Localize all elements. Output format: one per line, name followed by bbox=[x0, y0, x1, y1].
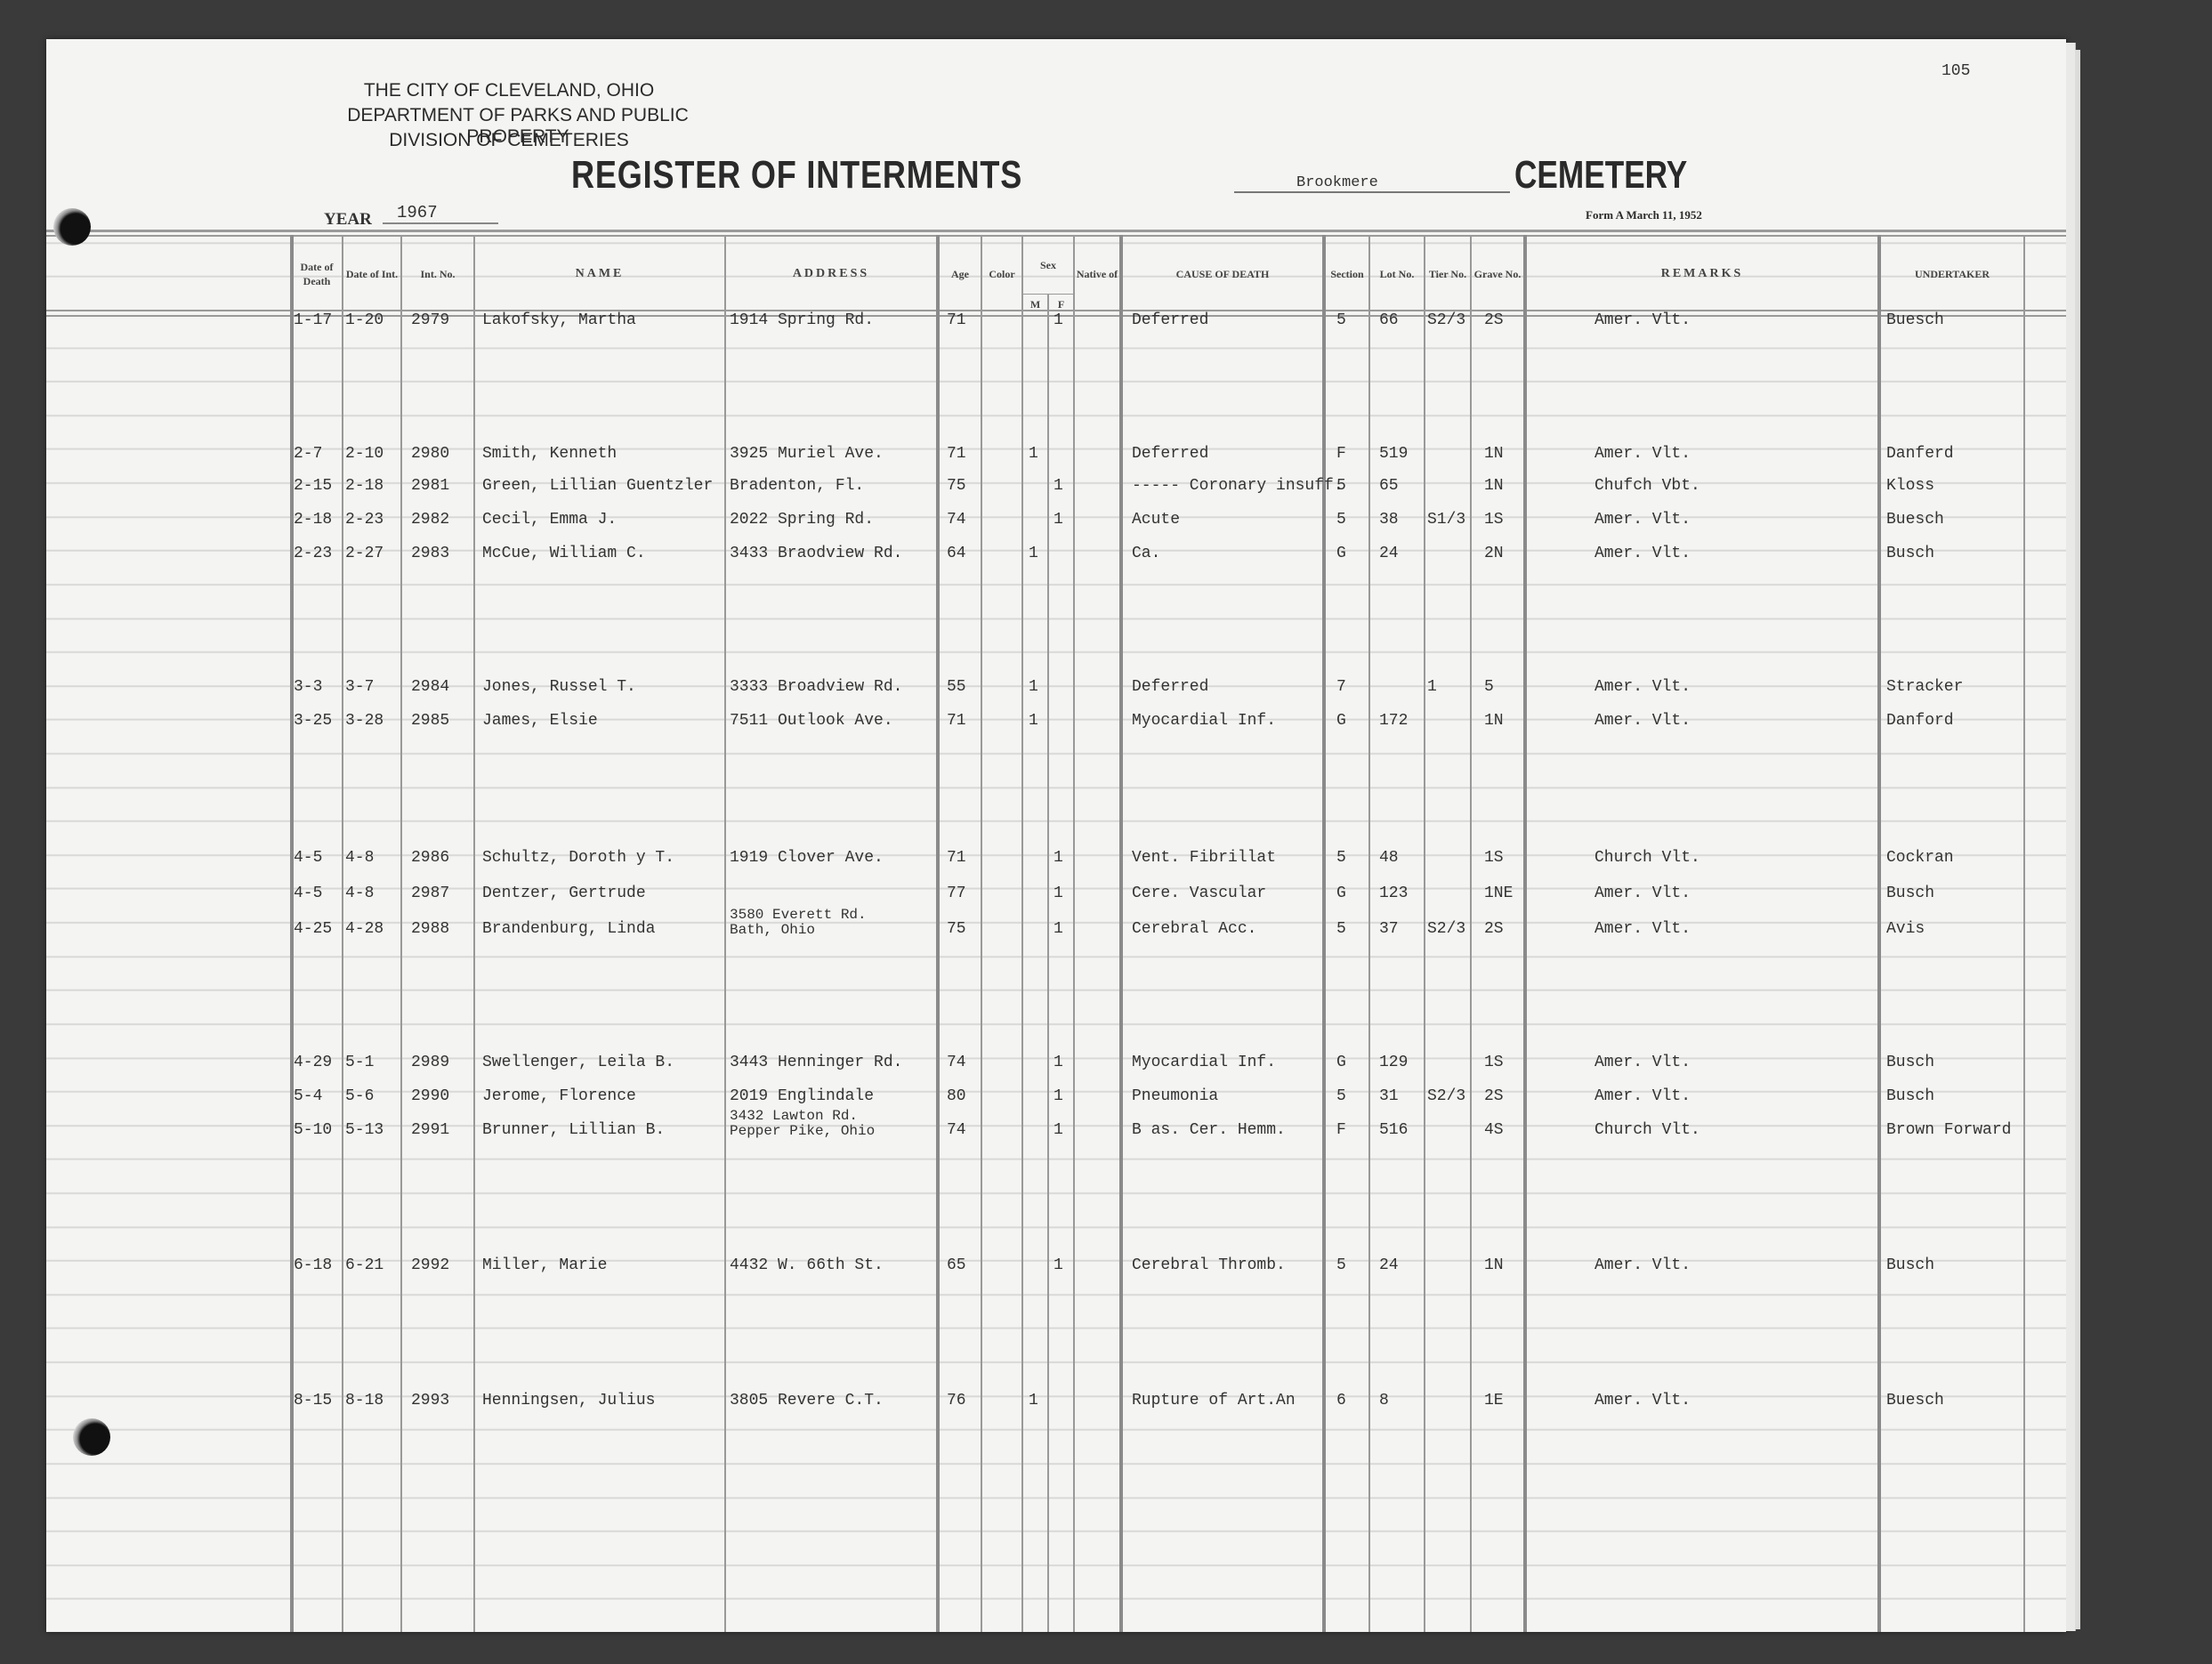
cell-cause-of-death: Deferred bbox=[1132, 678, 1208, 696]
cell-date-of-death: 5-4 bbox=[294, 1087, 322, 1105]
cell-section: 5 bbox=[1336, 311, 1346, 329]
cell-date-of-int: 2-18 bbox=[345, 477, 383, 495]
cell-grave-no: 1N bbox=[1484, 445, 1504, 463]
cell-section: 5 bbox=[1336, 1087, 1346, 1105]
cell-age: 65 bbox=[947, 1256, 966, 1274]
cell-date-of-death: 2-15 bbox=[294, 477, 332, 495]
cell-sex-f: 1 bbox=[1054, 477, 1063, 495]
cell-tier-no: S2/3 bbox=[1427, 920, 1465, 938]
cell-grave-no: 2N bbox=[1484, 545, 1504, 562]
cell-age: 74 bbox=[947, 1121, 966, 1139]
cell-age: 71 bbox=[947, 849, 966, 867]
cell-section: G bbox=[1336, 545, 1346, 562]
cell-age: 75 bbox=[947, 920, 966, 938]
cell-address: 3443 Henninger Rd. bbox=[730, 1054, 902, 1071]
cell-section: F bbox=[1336, 445, 1346, 463]
cell-lot-no: 8 bbox=[1379, 1392, 1389, 1410]
col-header-remarks: REMARKS bbox=[1527, 240, 1877, 308]
cell-remarks: Amer. Vlt. bbox=[1594, 678, 1691, 696]
cell-sex-f: 1 bbox=[1054, 849, 1063, 867]
cell-date-of-death: 2-23 bbox=[294, 545, 332, 562]
cell-section: 5 bbox=[1336, 511, 1346, 529]
cell-tier-no: 1 bbox=[1427, 678, 1437, 696]
cell-address: 2022 Spring Rd. bbox=[730, 511, 874, 529]
cell-int-no: 2993 bbox=[411, 1392, 449, 1410]
binder-ring-icon bbox=[53, 208, 91, 246]
col-header-tier-no: Tier No. bbox=[1425, 240, 1470, 308]
cell-remarks: Chufch Vbt. bbox=[1594, 477, 1700, 495]
cell-date-of-int: 8-18 bbox=[345, 1392, 383, 1410]
cell-cause-of-death: ----- Coronary insuff. bbox=[1132, 477, 1344, 495]
cell-sex-m: 1 bbox=[1029, 678, 1038, 696]
cell-grave-no: 5 bbox=[1484, 678, 1494, 696]
page-stack-edge bbox=[2075, 50, 2080, 1629]
col-divider bbox=[1073, 235, 1075, 1632]
cell-int-no: 2982 bbox=[411, 511, 449, 529]
cell-remarks: Amer. Vlt. bbox=[1594, 712, 1691, 730]
cell-sex-m: 1 bbox=[1029, 1392, 1038, 1410]
cell-tier-no: S2/3 bbox=[1427, 1087, 1465, 1105]
cell-cause-of-death: B as. Cer. Hemm. bbox=[1132, 1121, 1286, 1139]
cell-date-of-int: 5-6 bbox=[345, 1087, 374, 1105]
cell-name: Smith, Kenneth bbox=[482, 445, 617, 463]
cell-sex-f: 1 bbox=[1054, 885, 1063, 902]
cell-name: Schultz, Doroth y T. bbox=[482, 849, 674, 867]
col-divider bbox=[1047, 294, 1049, 1632]
cell-address: 1914 Spring Rd. bbox=[730, 311, 874, 329]
cell-cause-of-death: Deferred bbox=[1132, 445, 1208, 463]
cell-cause-of-death: Myocardial Inf. bbox=[1132, 1054, 1276, 1071]
cell-undertaker: Cockran bbox=[1886, 849, 1954, 867]
cell-date-of-int: 3-7 bbox=[345, 678, 374, 696]
form-note: Form A March 11, 1952 bbox=[1586, 208, 1702, 222]
cell-age: 71 bbox=[947, 445, 966, 463]
cell-remarks: Amer. Vlt. bbox=[1594, 920, 1691, 938]
document-title: REGISTER OF INTERMENTS bbox=[571, 153, 1022, 198]
cell-name: Brandenburg, Linda bbox=[482, 920, 655, 938]
cell-undertaker: Buesch bbox=[1886, 1392, 1944, 1410]
col-header-date-of-death: Date of Death bbox=[292, 240, 342, 308]
cell-undertaker: Danferd bbox=[1886, 445, 1954, 463]
cell-name: Cecil, Emma J. bbox=[482, 511, 617, 529]
col-divider bbox=[1322, 235, 1326, 1632]
cell-lot-no: 172 bbox=[1379, 712, 1408, 730]
cell-section: 5 bbox=[1336, 920, 1346, 938]
cell-date-of-int: 4-8 bbox=[345, 849, 374, 867]
col-divider bbox=[400, 235, 402, 1632]
cell-int-no: 2984 bbox=[411, 678, 449, 696]
cell-date-of-death: 8-15 bbox=[294, 1392, 332, 1410]
cell-date-of-int: 2-10 bbox=[345, 445, 383, 463]
cell-cause-of-death: Myocardial Inf. bbox=[1132, 712, 1276, 730]
col-header-address: ADDRESS bbox=[726, 240, 936, 308]
cell-lot-no: 129 bbox=[1379, 1054, 1408, 1071]
cell-date-of-death: 2-18 bbox=[294, 511, 332, 529]
cell-int-no: 2979 bbox=[411, 311, 449, 329]
cell-undertaker: Buesch bbox=[1886, 511, 1944, 529]
col-header-name: NAME bbox=[475, 240, 724, 308]
cell-int-no: 2991 bbox=[411, 1121, 449, 1139]
cell-name: Brunner, Lillian B. bbox=[482, 1121, 665, 1139]
cell-date-of-int: 2-27 bbox=[345, 545, 383, 562]
cell-sex-f: 1 bbox=[1054, 920, 1063, 938]
cell-cause-of-death: Deferred bbox=[1132, 311, 1208, 329]
cell-date-of-int: 1-20 bbox=[345, 311, 383, 329]
cell-date-of-death: 3-3 bbox=[294, 678, 322, 696]
cell-address: 3925 Muriel Ave. bbox=[730, 445, 884, 463]
cell-date-of-int: 5-13 bbox=[345, 1121, 383, 1139]
col-divider bbox=[2023, 235, 2025, 1632]
cell-undertaker: Avis bbox=[1886, 920, 1925, 938]
page-number: 105 bbox=[1942, 62, 1970, 80]
cell-undertaker: Danford bbox=[1886, 712, 1954, 730]
cell-name: McCue, William C. bbox=[482, 545, 646, 562]
cell-address: 4432 W. 66th St. bbox=[730, 1256, 884, 1274]
cell-int-no: 2989 bbox=[411, 1054, 449, 1071]
cell-address: 3333 Broadview Rd. bbox=[730, 678, 902, 696]
cell-undertaker: Busch bbox=[1886, 1256, 1934, 1274]
cell-section: F bbox=[1336, 1121, 1346, 1139]
table-top-rule-inner bbox=[46, 235, 2066, 237]
cell-age: 64 bbox=[947, 545, 966, 562]
cell-name: Dentzer, Gertrude bbox=[482, 885, 646, 902]
col-divider bbox=[1877, 235, 1881, 1632]
cell-lot-no: 123 bbox=[1379, 885, 1408, 902]
cell-cause-of-death: Rupture of Art.An bbox=[1132, 1392, 1296, 1410]
cell-section: 6 bbox=[1336, 1392, 1346, 1410]
cell-int-no: 2988 bbox=[411, 920, 449, 938]
col-header-cause-of-death: CAUSE OF DEATH bbox=[1123, 240, 1322, 308]
cell-date-of-int: 3-28 bbox=[345, 712, 383, 730]
cell-cause-of-death: Ca. bbox=[1132, 545, 1160, 562]
cell-remarks: Church Vlt. bbox=[1594, 849, 1700, 867]
cell-cause-of-death: Acute bbox=[1132, 511, 1180, 529]
col-divider bbox=[1119, 235, 1123, 1632]
cell-age: 74 bbox=[947, 1054, 966, 1071]
cell-age: 55 bbox=[947, 678, 966, 696]
cemetery-label: CEMETERY bbox=[1514, 153, 1687, 198]
cell-cause-of-death: Vent. Fibrillat bbox=[1132, 849, 1276, 867]
cell-sex-m: 1 bbox=[1029, 545, 1038, 562]
cell-name: James, Elsie bbox=[482, 712, 598, 730]
cell-lot-no: 38 bbox=[1379, 511, 1399, 529]
col-header-sex: Sex bbox=[1023, 240, 1073, 290]
col-header-age: Age bbox=[940, 240, 981, 308]
cell-date-of-death: 6-18 bbox=[294, 1256, 332, 1274]
cell-grave-no: 1N bbox=[1484, 1256, 1504, 1274]
cell-lot-no: 516 bbox=[1379, 1121, 1408, 1139]
cell-remarks: Church Vlt. bbox=[1594, 1121, 1700, 1139]
cell-lot-no: 37 bbox=[1379, 920, 1399, 938]
cell-lot-no: 65 bbox=[1379, 477, 1399, 495]
cell-age: 74 bbox=[947, 511, 966, 529]
cell-remarks: Amer. Vlt. bbox=[1594, 445, 1691, 463]
year-value: 1967 bbox=[383, 203, 498, 224]
col-header-section: Section bbox=[1326, 240, 1368, 308]
col-divider bbox=[1523, 235, 1527, 1632]
cell-date-of-int: 2-23 bbox=[345, 511, 383, 529]
cell-section: G bbox=[1336, 712, 1346, 730]
cell-grave-no: 1S bbox=[1484, 1054, 1504, 1071]
cell-date-of-int: 4-8 bbox=[345, 885, 374, 902]
col-header-int-no: Int. No. bbox=[402, 240, 473, 308]
cell-date-of-death: 1-17 bbox=[294, 311, 332, 329]
col-divider bbox=[473, 235, 475, 1632]
col-divider bbox=[1021, 235, 1023, 1632]
col-divider bbox=[1368, 235, 1370, 1632]
cell-lot-no: 519 bbox=[1379, 445, 1408, 463]
col-header-date-of-int: Date of Int. bbox=[343, 240, 400, 308]
cemetery-name-field: Brookmere bbox=[1234, 174, 1510, 193]
col-header-undertaker: UNDERTAKER bbox=[1881, 240, 2023, 308]
cell-address: 3432 Lawton Rd.Pepper Pike, Ohio bbox=[730, 1109, 875, 1139]
cell-date-of-int: 5-1 bbox=[345, 1054, 374, 1071]
cell-int-no: 2987 bbox=[411, 885, 449, 902]
cell-tier-no: S2/3 bbox=[1427, 311, 1465, 329]
cell-undertaker: Kloss bbox=[1886, 477, 1934, 495]
cell-date-of-death: 5-10 bbox=[294, 1121, 332, 1139]
cell-lot-no: 31 bbox=[1379, 1087, 1399, 1105]
cell-sex-f: 1 bbox=[1054, 511, 1063, 529]
cell-age: 71 bbox=[947, 311, 966, 329]
cell-cause-of-death: Cerebral Thromb. bbox=[1132, 1256, 1286, 1274]
cell-sex-f: 1 bbox=[1054, 1054, 1063, 1071]
cell-undertaker: Busch bbox=[1886, 1054, 1934, 1071]
cell-section: 5 bbox=[1336, 1256, 1346, 1274]
col-header-lot-no: Lot No. bbox=[1370, 240, 1424, 308]
cell-undertaker: Stracker bbox=[1886, 678, 1963, 696]
cell-address: 3433 Braodview Rd. bbox=[730, 545, 902, 562]
cell-date-of-death: 4-29 bbox=[294, 1054, 332, 1071]
cell-int-no: 2992 bbox=[411, 1256, 449, 1274]
cell-grave-no: 2S bbox=[1484, 920, 1504, 938]
cell-undertaker: Busch bbox=[1886, 1087, 1934, 1105]
col-divider bbox=[936, 235, 940, 1632]
cell-age: 71 bbox=[947, 712, 966, 730]
cell-address: 2019 Englindale bbox=[730, 1087, 874, 1105]
cell-sex-f: 1 bbox=[1054, 1256, 1063, 1274]
year-label: YEAR bbox=[324, 210, 372, 230]
cell-age: 75 bbox=[947, 477, 966, 495]
cell-date-of-int: 4-28 bbox=[345, 920, 383, 938]
cell-section: 5 bbox=[1336, 477, 1346, 495]
cell-name: Swellenger, Leila B. bbox=[482, 1054, 674, 1071]
cell-sex-f: 1 bbox=[1054, 1121, 1063, 1139]
cell-name: Miller, Marie bbox=[482, 1256, 607, 1274]
col-header-native-of: Native of bbox=[1075, 240, 1119, 308]
cell-address: 3580 Everett Rd.Bath, Ohio bbox=[730, 908, 867, 938]
col-header-color: Color bbox=[982, 240, 1021, 308]
binder-ring-icon bbox=[73, 1418, 110, 1456]
header-city: THE CITY OF CLEVELAND, OHIO bbox=[304, 80, 714, 101]
cell-date-of-death: 4-25 bbox=[294, 920, 332, 938]
register-page: 105 THE CITY OF CLEVELAND, OHIO DEPARTME… bbox=[46, 39, 2066, 1632]
cell-section: G bbox=[1336, 885, 1346, 902]
cell-age: 76 bbox=[947, 1392, 966, 1410]
cell-name: Henningsen, Julius bbox=[482, 1392, 655, 1410]
cell-remarks: Amer. Vlt. bbox=[1594, 1054, 1691, 1071]
cell-int-no: 2981 bbox=[411, 477, 449, 495]
col-divider bbox=[1424, 235, 1425, 1632]
cell-lot-no: 24 bbox=[1379, 545, 1399, 562]
cell-date-of-death: 4-5 bbox=[294, 885, 322, 902]
cell-grave-no: 1E bbox=[1484, 1392, 1504, 1410]
cell-grave-no: 1NE bbox=[1484, 885, 1513, 902]
cell-section: G bbox=[1336, 1054, 1346, 1071]
cell-grave-no: 4S bbox=[1484, 1121, 1504, 1139]
cell-grave-no: 1S bbox=[1484, 849, 1504, 867]
cell-sex-m: 1 bbox=[1029, 712, 1038, 730]
cell-section: 5 bbox=[1336, 849, 1346, 867]
cell-date-of-int: 6-21 bbox=[345, 1256, 383, 1274]
cell-lot-no: 48 bbox=[1379, 849, 1399, 867]
cell-remarks: Amer. Vlt. bbox=[1594, 1087, 1691, 1105]
cell-int-no: 2980 bbox=[411, 445, 449, 463]
cell-date-of-death: 4-5 bbox=[294, 849, 322, 867]
cell-date-of-death: 2-7 bbox=[294, 445, 322, 463]
col-header-sex-f: F bbox=[1049, 295, 1073, 313]
cell-remarks: Amer. Vlt. bbox=[1594, 511, 1691, 529]
cell-grave-no: 2S bbox=[1484, 311, 1504, 329]
cell-lot-no: 24 bbox=[1379, 1256, 1399, 1274]
cell-address: 1919 Clover Ave. bbox=[730, 849, 884, 867]
cell-undertaker: Brown Forward bbox=[1886, 1121, 2011, 1139]
cell-grave-no: 1N bbox=[1484, 477, 1504, 495]
cell-name: Lakofsky, Martha bbox=[482, 311, 636, 329]
table-top-rule bbox=[46, 230, 2066, 232]
cell-date-of-death: 3-25 bbox=[294, 712, 332, 730]
cell-age: 80 bbox=[947, 1087, 966, 1105]
cell-sex-f: 1 bbox=[1054, 311, 1063, 329]
col-divider bbox=[342, 235, 343, 1632]
cell-undertaker: Busch bbox=[1886, 885, 1934, 902]
cell-int-no: 2983 bbox=[411, 545, 449, 562]
cell-sex-m: 1 bbox=[1029, 445, 1038, 463]
col-header-sex-m: M bbox=[1023, 295, 1047, 313]
header-division: DIVISION OF CEMETERIES bbox=[304, 130, 714, 151]
cell-grave-no: 2S bbox=[1484, 1087, 1504, 1105]
cell-int-no: 2986 bbox=[411, 849, 449, 867]
cell-remarks: Amer. Vlt. bbox=[1594, 1392, 1691, 1410]
cell-section: 7 bbox=[1336, 678, 1346, 696]
cell-sex-f: 1 bbox=[1054, 1087, 1063, 1105]
cell-undertaker: Busch bbox=[1886, 545, 1934, 562]
cell-remarks: Amer. Vlt. bbox=[1594, 1256, 1691, 1274]
cell-cause-of-death: Cerebral Acc. bbox=[1132, 920, 1256, 938]
cell-name: Jones, Russel T. bbox=[482, 678, 636, 696]
cell-lot-no: 66 bbox=[1379, 311, 1399, 329]
col-divider bbox=[1470, 235, 1472, 1632]
cell-age: 77 bbox=[947, 885, 966, 902]
cell-remarks: Amer. Vlt. bbox=[1594, 885, 1691, 902]
cell-grave-no: 1N bbox=[1484, 712, 1504, 730]
cell-remarks: Amer. Vlt. bbox=[1594, 545, 1691, 562]
cell-int-no: 2990 bbox=[411, 1087, 449, 1105]
cell-address: 3805 Revere C.T. bbox=[730, 1392, 884, 1410]
cell-address: Bradenton, Fl. bbox=[730, 477, 864, 495]
cell-cause-of-death: Cere. Vascular bbox=[1132, 885, 1266, 902]
cell-name: Green, Lillian Guentzler bbox=[482, 477, 713, 495]
col-divider bbox=[724, 235, 726, 1632]
cell-remarks: Amer. Vlt. bbox=[1594, 311, 1691, 329]
cell-grave-no: 1S bbox=[1484, 511, 1504, 529]
cell-address: 7511 Outlook Ave. bbox=[730, 712, 893, 730]
cell-undertaker: Buesch bbox=[1886, 311, 1944, 329]
cell-int-no: 2985 bbox=[411, 712, 449, 730]
col-divider bbox=[981, 235, 982, 1632]
cell-tier-no: S1/3 bbox=[1427, 511, 1465, 529]
col-header-grave-no: Grave No. bbox=[1472, 240, 1523, 308]
cell-cause-of-death: Pneumonia bbox=[1132, 1087, 1218, 1105]
cell-name: Jerome, Florence bbox=[482, 1087, 636, 1105]
